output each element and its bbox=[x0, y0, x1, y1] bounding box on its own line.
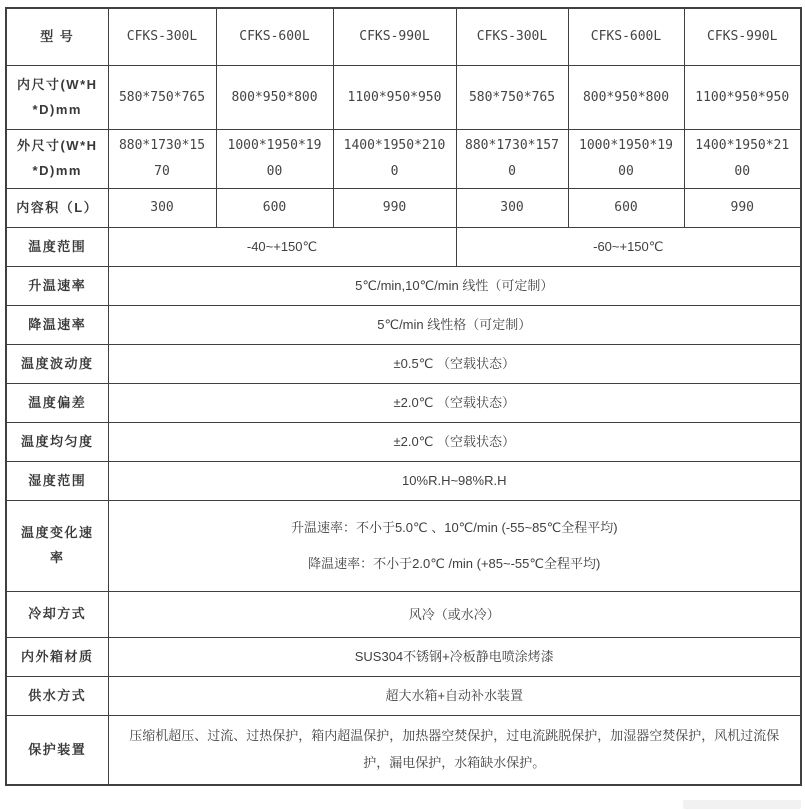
row-label-volume: 内容积（L） bbox=[6, 189, 108, 228]
change-rate-line2: 降温速率：不小于2.0℃ /min (+85~-55℃全程平均) bbox=[117, 546, 793, 582]
model-cell-5: CFKS-600L bbox=[568, 8, 684, 66]
row-label-model: 型 号 bbox=[6, 8, 108, 66]
model-cell-1: CFKS-300L bbox=[108, 8, 216, 66]
material-cell: SUS304不锈钢+冷板静电喷涂烤漆 bbox=[108, 638, 801, 677]
row-humidity-range: 湿度范围 10%R.H~98%R.H bbox=[6, 462, 801, 501]
row-label-uniformity: 温度均匀度 bbox=[6, 423, 108, 462]
uniformity-cell: ±2.0℃ （空载状态） bbox=[108, 423, 801, 462]
heat-rate-cell: 5℃/min,10℃/min 线性（可定制） bbox=[108, 267, 801, 306]
protection-cell: 压缩机超压、过流、过热保护，箱内超温保护，加热器空焚保护，过电流跳脱保护，加湿器… bbox=[108, 716, 801, 786]
watermark-strip bbox=[683, 800, 801, 809]
row-protection: 保护装置 压缩机超压、过流、过热保护，箱内超温保护，加热器空焚保护，过电流跳脱保… bbox=[6, 716, 801, 786]
row-label-change-rate: 温度变化速率 bbox=[6, 501, 108, 592]
outer-size-cell-6: 1400*1950*2100 bbox=[684, 130, 801, 189]
volume-cell-2: 600 bbox=[216, 189, 333, 228]
row-inner-size: 内尺寸(W*H*D)mm 580*750*765 800*950*800 110… bbox=[6, 66, 801, 130]
volume-cell-1: 300 bbox=[108, 189, 216, 228]
volume-cell-3: 990 bbox=[333, 189, 456, 228]
row-fluctuation: 温度波动度 ±0.5℃ （空载状态） bbox=[6, 345, 801, 384]
row-label-water-supply: 供水方式 bbox=[6, 677, 108, 716]
row-temp-range: 温度范围 -40~+150℃ -60~+150℃ bbox=[6, 228, 801, 267]
outer-size-cell-1: 880*1730*1570 bbox=[108, 130, 216, 189]
spec-table: 型 号 CFKS-300L CFKS-600L CFKS-990L CFKS-3… bbox=[5, 7, 802, 786]
row-material: 内外箱材质 SUS304不锈钢+冷板静电喷涂烤漆 bbox=[6, 638, 801, 677]
row-water-supply: 供水方式 超大水箱+自动补水装置 bbox=[6, 677, 801, 716]
model-cell-6: CFKS-990L bbox=[684, 8, 801, 66]
row-label-fluctuation: 温度波动度 bbox=[6, 345, 108, 384]
row-cooling: 冷却方式 风冷（或水冷） bbox=[6, 592, 801, 638]
row-label-outer-size: 外尺寸(W*H*D)mm bbox=[6, 130, 108, 189]
row-model: 型 号 CFKS-300L CFKS-600L CFKS-990L CFKS-3… bbox=[6, 8, 801, 66]
row-cool-rate: 降温速率 5℃/min 线性格（可定制） bbox=[6, 306, 801, 345]
row-label-cool-rate: 降温速率 bbox=[6, 306, 108, 345]
volume-cell-4: 300 bbox=[456, 189, 568, 228]
water-supply-cell: 超大水箱+自动补水装置 bbox=[108, 677, 801, 716]
model-cell-3: CFKS-990L bbox=[333, 8, 456, 66]
inner-size-cell-5: 800*950*800 bbox=[568, 66, 684, 130]
row-label-protection: 保护装置 bbox=[6, 716, 108, 786]
row-label-inner-size: 内尺寸(W*H*D)mm bbox=[6, 66, 108, 130]
model-cell-4: CFKS-300L bbox=[456, 8, 568, 66]
temp-range-left-cell: -40~+150℃ bbox=[108, 228, 456, 267]
outer-size-cell-2: 1000*1950*1900 bbox=[216, 130, 333, 189]
inner-size-cell-3: 1100*950*950 bbox=[333, 66, 456, 130]
inner-size-cell-6: 1100*950*950 bbox=[684, 66, 801, 130]
row-label-temp-range: 温度范围 bbox=[6, 228, 108, 267]
change-rate-line1: 升温速率：不小于5.0℃ 、10℃/min (-55~85℃全程平均) bbox=[117, 510, 793, 546]
row-outer-size: 外尺寸(W*H*D)mm 880*1730*1570 1000*1950*190… bbox=[6, 130, 801, 189]
row-label-heat-rate: 升温速率 bbox=[6, 267, 108, 306]
row-label-material: 内外箱材质 bbox=[6, 638, 108, 677]
row-volume: 内容积（L） 300 600 990 300 600 990 bbox=[6, 189, 801, 228]
row-label-humidity-range: 湿度范围 bbox=[6, 462, 108, 501]
change-rate-cell: 升温速率：不小于5.0℃ 、10℃/min (-55~85℃全程平均) 降温速率… bbox=[108, 501, 801, 592]
outer-size-cell-5: 1000*1950*1900 bbox=[568, 130, 684, 189]
row-uniformity: 温度均匀度 ±2.0℃ （空载状态） bbox=[6, 423, 801, 462]
volume-cell-5: 600 bbox=[568, 189, 684, 228]
spec-table-container: 型 号 CFKS-300L CFKS-600L CFKS-990L CFKS-3… bbox=[0, 0, 805, 786]
inner-size-cell-1: 580*750*765 bbox=[108, 66, 216, 130]
row-label-cooling: 冷却方式 bbox=[6, 592, 108, 638]
deviation-cell: ±2.0℃ （空载状态） bbox=[108, 384, 801, 423]
inner-size-cell-2: 800*950*800 bbox=[216, 66, 333, 130]
temp-range-right-cell: -60~+150℃ bbox=[456, 228, 801, 267]
fluctuation-cell: ±0.5℃ （空载状态） bbox=[108, 345, 801, 384]
inner-size-cell-4: 580*750*765 bbox=[456, 66, 568, 130]
row-heat-rate: 升温速率 5℃/min,10℃/min 线性（可定制） bbox=[6, 267, 801, 306]
cool-rate-cell: 5℃/min 线性格（可定制） bbox=[108, 306, 801, 345]
row-label-deviation: 温度偏差 bbox=[6, 384, 108, 423]
humidity-range-cell: 10%R.H~98%R.H bbox=[108, 462, 801, 501]
row-deviation: 温度偏差 ±2.0℃ （空载状态） bbox=[6, 384, 801, 423]
row-change-rate: 温度变化速率 升温速率：不小于5.0℃ 、10℃/min (-55~85℃全程平… bbox=[6, 501, 801, 592]
outer-size-cell-4: 880*1730*1570 bbox=[456, 130, 568, 189]
volume-cell-6: 990 bbox=[684, 189, 801, 228]
cooling-cell: 风冷（或水冷） bbox=[108, 592, 801, 638]
model-cell-2: CFKS-600L bbox=[216, 8, 333, 66]
outer-size-cell-3: 1400*1950*2100 bbox=[333, 130, 456, 189]
